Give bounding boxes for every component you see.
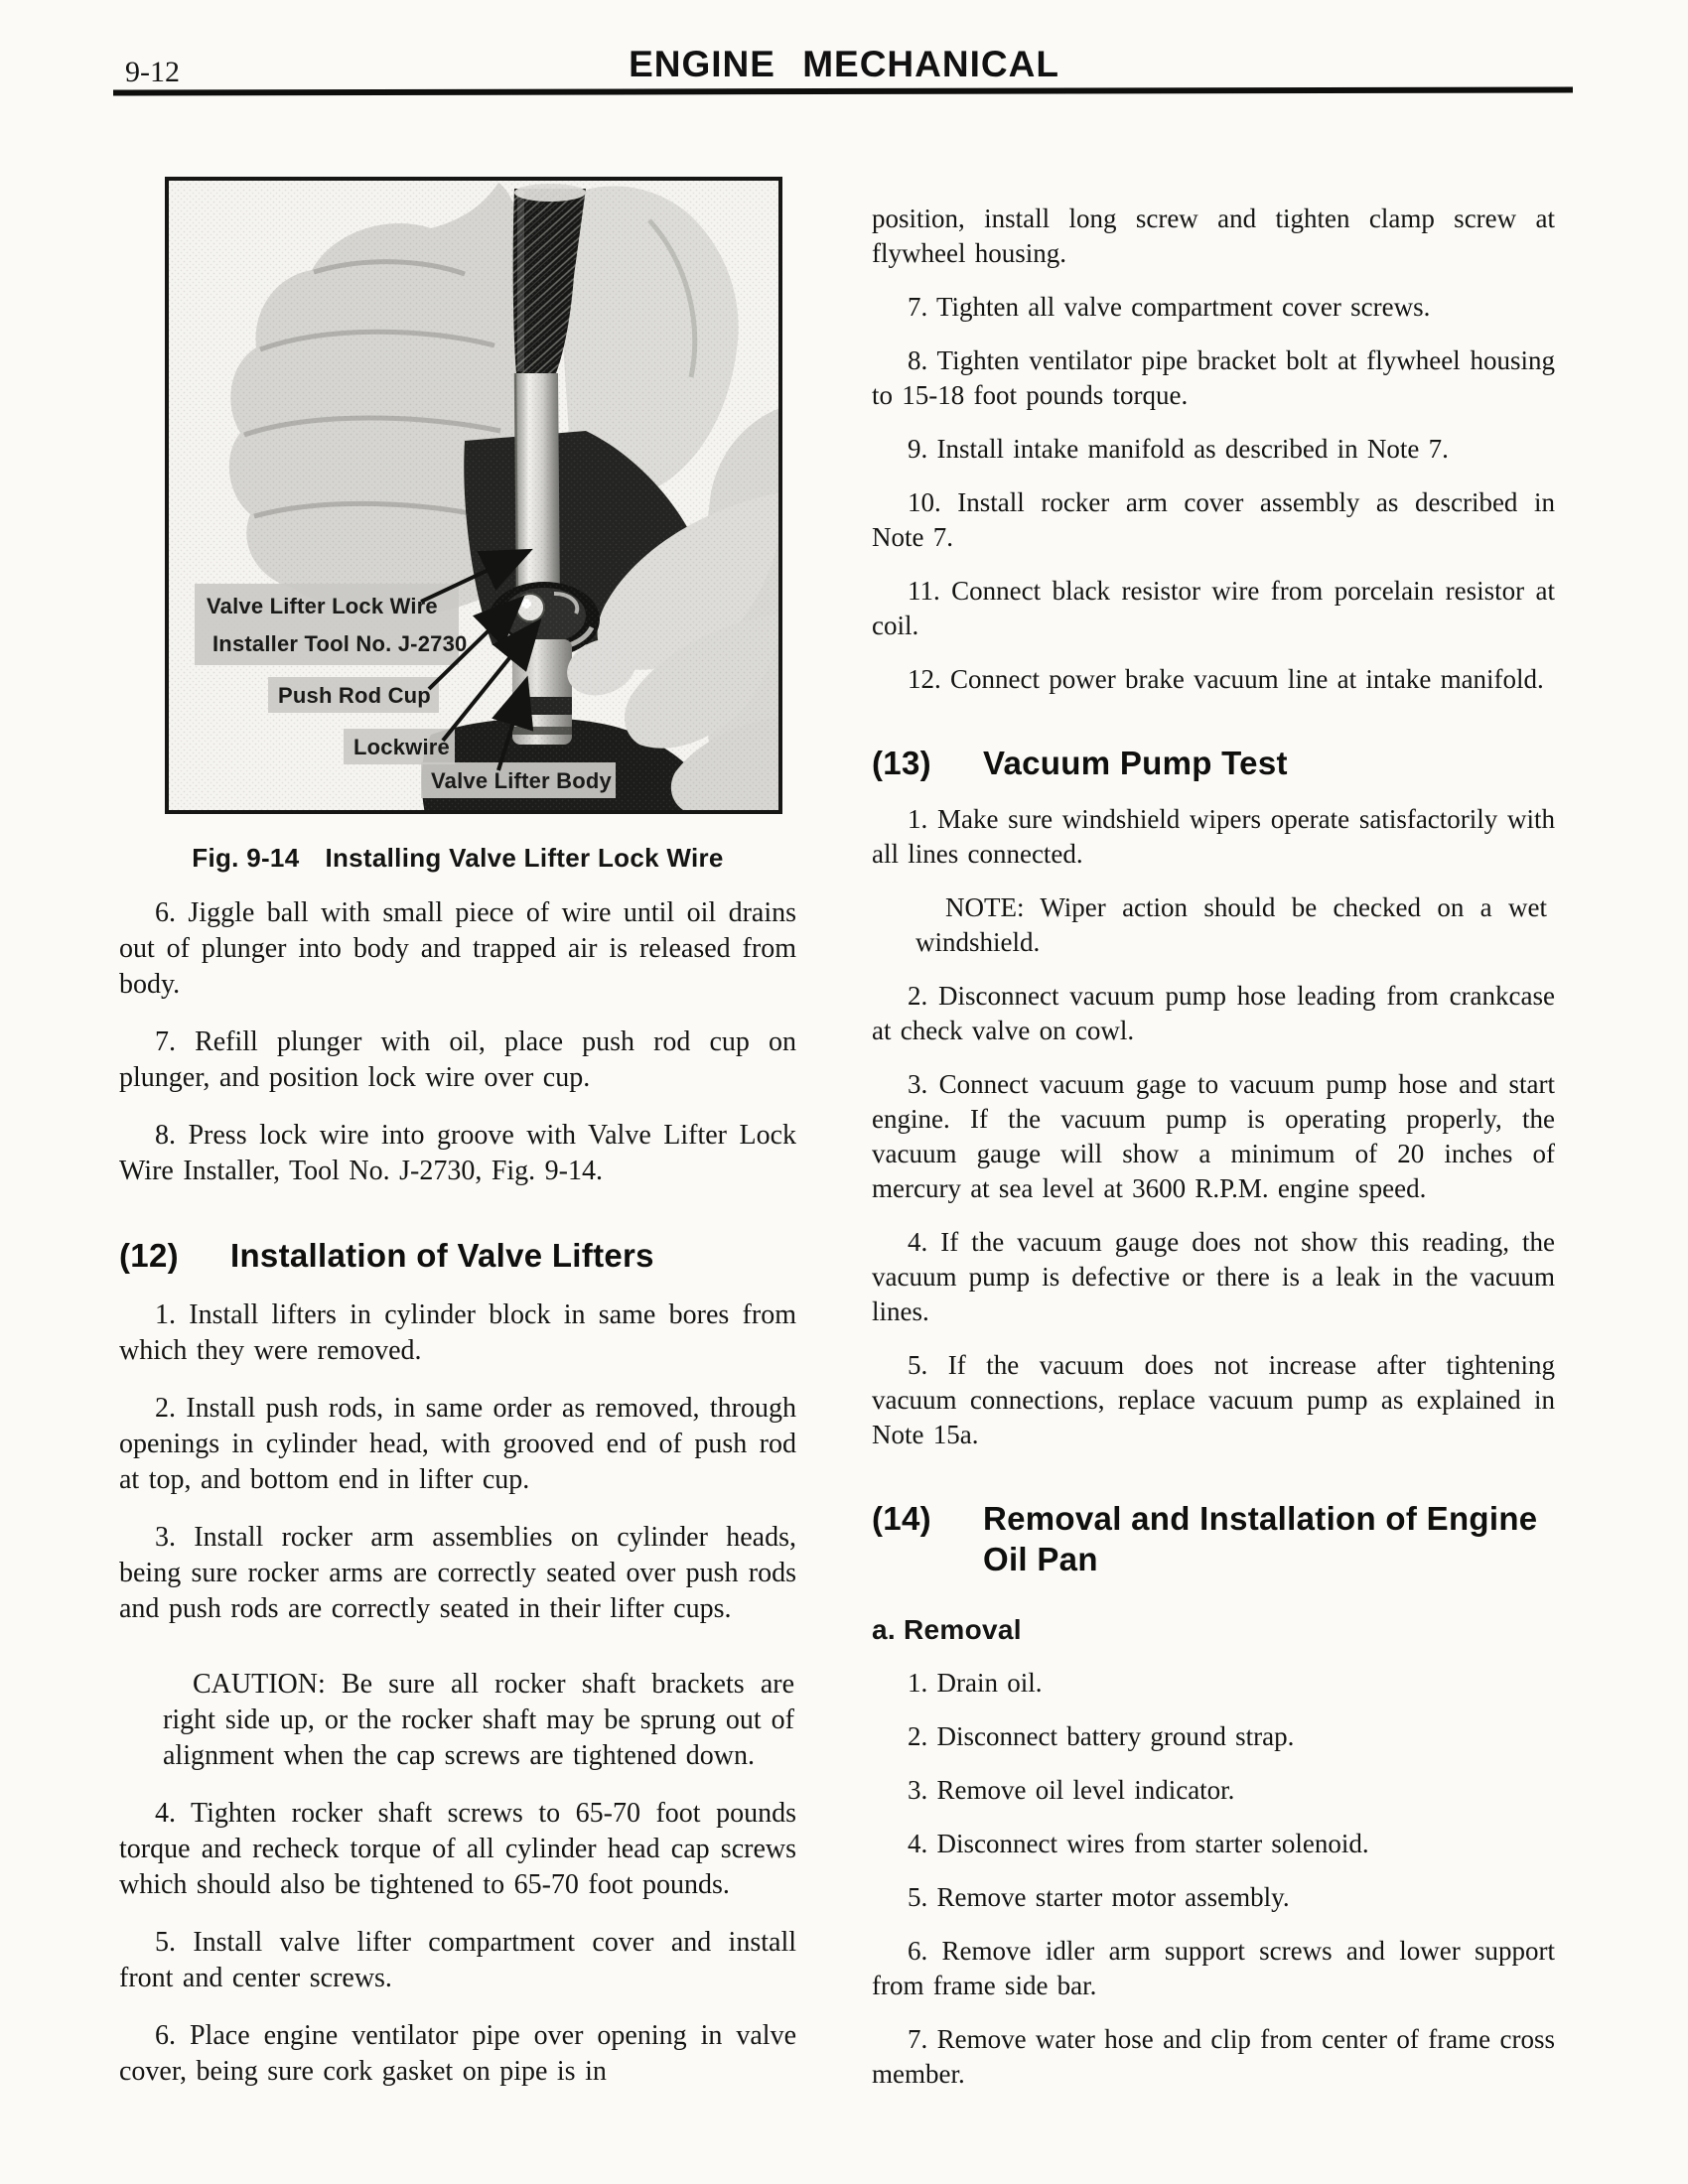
left-column: Valve Lifter Lock Wire Installer Tool No…: [119, 177, 796, 2090]
subsection-a-removal: a. Removal: [872, 1613, 1555, 1647]
paragraph-right-12: 12. Connect power brake vacuum line at i…: [872, 662, 1555, 697]
figure-9-14: Valve Lifter Lock Wire Installer Tool No…: [165, 177, 782, 819]
paragraph-s14-4: 4. Disconnect wires from starter solenoi…: [872, 1827, 1555, 1861]
paragraph-left-7: 7. Refill plunger with oil, place push r…: [119, 1024, 796, 1096]
paragraph-s12-2: 2. Install push rods, in same order as r…: [119, 1391, 796, 1498]
section-number: (14): [872, 1498, 983, 1539]
paragraph-right-11: 11. Connect black resistor wire from por…: [872, 574, 1555, 643]
section-title: Installation of Valve Lifters: [230, 1235, 796, 1276]
halftone-texture: [165, 177, 782, 814]
paragraph-right-7: 7. Tighten all valve compartment cover s…: [872, 290, 1555, 325]
page-number: 9-12: [125, 56, 180, 89]
paragraph-s14-6: 6. Remove idler arm support screws and l…: [872, 1934, 1555, 2003]
label-push-rod-cup: Push Rod Cup: [278, 683, 431, 708]
paragraph-s14-2: 2. Disconnect battery ground strap.: [872, 1719, 1555, 1754]
paragraph-s13-3: 3. Connect vacuum gage to vacuum pump ho…: [872, 1067, 1555, 1206]
section-number: (12): [119, 1235, 230, 1276]
figure-caption: Fig. 9-14Installing Valve Lifter Lock Wi…: [119, 843, 796, 874]
paragraph-right-8: 8. Tighten ventilator pipe bracket bolt …: [872, 343, 1555, 413]
paragraph-right-9: 9. Install intake manifold as described …: [872, 432, 1555, 467]
paragraph-s14-5: 5. Remove starter motor assembly.: [872, 1880, 1555, 1915]
caution-paragraph: CAUTION: Be sure all rocker shaft bracke…: [119, 1667, 796, 1774]
figure-caption-number: Fig. 9-14: [192, 843, 299, 873]
paragraph-s14-7: 7. Remove water hose and clip from cente…: [872, 2022, 1555, 2092]
paragraph-s12-1: 1. Install lifters in cylinder block in …: [119, 1297, 796, 1369]
paragraph-s13-1: 1. Make sure windshield wipers operate s…: [872, 802, 1555, 872]
label-lockwire: Lockwire: [353, 735, 450, 759]
note-paragraph: NOTE: Wiper action should be checked on …: [872, 890, 1555, 960]
paragraph-s12-3: 3. Install rocker arm assemblies on cyli…: [119, 1520, 796, 1627]
paragraph-left-6: 6. Jiggle ball with small piece of wire …: [119, 895, 796, 1003]
paragraph-s13-5: 5. If the vacuum does not increase after…: [872, 1348, 1555, 1452]
paragraph-right-6-continued: position, install long screw and tighten…: [872, 202, 1555, 271]
paragraph-s12-4: 4. Tighten rocker shaft screws to 65-70 …: [119, 1796, 796, 1903]
manual-page: ENGINE MECHANICAL 9-12: [0, 0, 1688, 2184]
paragraph-s13-4: 4. If the vacuum gauge does not show thi…: [872, 1225, 1555, 1329]
section-heading-12: (12) Installation of Valve Lifters: [119, 1235, 796, 1276]
section-heading-13: (13) Vacuum Pump Test: [872, 743, 1555, 783]
paragraph-s12-6: 6. Place engine ventilator pipe over ope…: [119, 2018, 796, 2090]
header-rule: [113, 86, 1573, 95]
figure-caption-title: Installing Valve Lifter Lock Wire: [325, 843, 723, 873]
paragraph-s13-2: 2. Disconnect vacuum pump hose leading f…: [872, 979, 1555, 1048]
section-title: Vacuum Pump Test: [983, 743, 1555, 783]
paragraph-s12-5: 5. Install valve lifter compartment cove…: [119, 1925, 796, 1996]
paragraph-right-10: 10. Install rocker arm cover assembly as…: [872, 485, 1555, 555]
section-heading-14: (14) Removal and Installation of Engine …: [872, 1498, 1555, 1579]
paragraph-left-8: 8. Press lock wire into groove with Valv…: [119, 1118, 796, 1189]
label-installer-tool-line2: Installer Tool No. J-2730: [212, 631, 467, 656]
label-installer-tool-line1: Valve Lifter Lock Wire: [207, 594, 438, 618]
section-number: (13): [872, 743, 983, 783]
label-valve-lifter-body: Valve Lifter Body: [431, 768, 612, 793]
figure-illustration: Valve Lifter Lock Wire Installer Tool No…: [165, 177, 782, 814]
page-title: ENGINE MECHANICAL: [0, 44, 1688, 85]
right-column: position, install long screw and tighten…: [872, 183, 1555, 2092]
paragraph-s14-1: 1. Drain oil.: [872, 1666, 1555, 1701]
paragraph-s14-3: 3. Remove oil level indicator.: [872, 1773, 1555, 1808]
section-title: Removal and Installation of Engine Oil P…: [983, 1498, 1555, 1579]
